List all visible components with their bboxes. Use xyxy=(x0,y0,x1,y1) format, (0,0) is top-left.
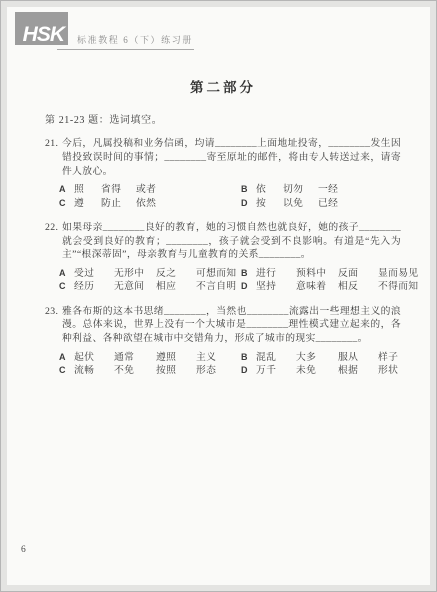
hsk-logo: HSK xyxy=(15,12,68,45)
option-word: 遵 xyxy=(74,197,101,210)
question-23: 23. 雅各布斯的这本书思绪________，当然也________流露出一些理… xyxy=(45,305,401,378)
question-number: 22. xyxy=(45,221,62,262)
option-21-A: A 照 省得 或者 xyxy=(59,183,241,196)
option-word: 主义 xyxy=(196,351,216,364)
option-word: 意味着 xyxy=(296,280,338,293)
option-word: 万千 xyxy=(256,364,296,377)
option-label: B xyxy=(241,351,256,364)
hsk-logo-text: HSK xyxy=(23,24,64,45)
option-word: 相应 xyxy=(156,280,196,293)
option-word: 形状 xyxy=(378,364,398,377)
option-label: A xyxy=(59,267,74,280)
option-word: 坚持 xyxy=(256,280,296,293)
option-word: 或者 xyxy=(136,183,156,196)
option-23-D: D 万千 未免 根据 形状 xyxy=(241,364,401,377)
option-23-C: C 流畅 不免 按照 形态 xyxy=(59,364,241,377)
option-label: C xyxy=(59,280,74,293)
option-word: 省得 xyxy=(101,183,136,196)
page-content: 第二部分 第 21-23 题：选词填空。 21. 今后，凡属投稿和业务信函，均请… xyxy=(45,66,401,377)
option-word: 根据 xyxy=(338,364,378,377)
option-label: D xyxy=(241,280,256,293)
question-body: 雅各布斯的这本书思绪________，当然也________流露出一些理想主义的… xyxy=(62,305,401,346)
option-word: 按照 xyxy=(156,364,196,377)
header-rule xyxy=(57,49,194,50)
option-word: 不言自明 xyxy=(196,280,236,293)
option-word: 起伏 xyxy=(74,351,114,364)
option-21-B: B 依 切勿 一经 xyxy=(241,183,401,196)
option-word: 依 xyxy=(256,183,283,196)
option-word: 通常 xyxy=(114,351,156,364)
option-word: 按 xyxy=(256,197,283,210)
option-word: 不免 xyxy=(114,364,156,377)
option-22-C: C 经历 无意间 相应 不言自明 xyxy=(59,280,241,293)
question-23-text: 23. 雅各布斯的这本书思绪________，当然也________流露出一些理… xyxy=(45,305,401,346)
option-label: D xyxy=(241,364,256,377)
question-23-options: A 起伏 通常 遵照 主义 B 混乱 大多 服从 样子 C 流畅 不免 xyxy=(59,351,401,377)
option-word: 混乱 xyxy=(256,351,296,364)
option-word: 遵照 xyxy=(156,351,196,364)
question-number: 21. xyxy=(45,137,62,178)
option-word: 可想而知 xyxy=(196,267,236,280)
option-label: B xyxy=(241,183,256,196)
option-22-D: D 坚持 意味着 相反 不得而知 xyxy=(241,280,418,293)
question-22-options: A 受过 无形中 反之 可想而知 B 进行 预料中 反面 显而易见 C 经历 无… xyxy=(59,267,401,293)
option-label: C xyxy=(59,364,74,377)
option-word: 以免 xyxy=(283,197,318,210)
option-word: 不得而知 xyxy=(378,280,418,293)
option-word: 反面 xyxy=(338,267,378,280)
option-word: 无意间 xyxy=(114,280,156,293)
option-label: A xyxy=(59,351,74,364)
option-word: 无形中 xyxy=(114,267,156,280)
option-word: 防止 xyxy=(101,197,136,210)
question-22: 22. 如果母亲________良好的教育，她的习惯自然也就良好，她的孩子___… xyxy=(45,221,401,294)
option-word: 依然 xyxy=(136,197,156,210)
question-22-text: 22. 如果母亲________良好的教育，她的习惯自然也就良好，她的孩子___… xyxy=(45,221,401,262)
option-word: 显而易见 xyxy=(378,267,418,280)
option-word: 反之 xyxy=(156,267,196,280)
option-word: 照 xyxy=(74,183,101,196)
option-label: B xyxy=(241,267,256,280)
option-word: 未免 xyxy=(296,364,338,377)
instructions: 第 21-23 题：选词填空。 xyxy=(45,111,401,126)
option-word: 形态 xyxy=(196,364,216,377)
option-word: 已经 xyxy=(318,197,338,210)
option-word: 进行 xyxy=(256,267,296,280)
option-label: C xyxy=(59,197,74,210)
option-word: 一经 xyxy=(318,183,338,196)
option-word: 相反 xyxy=(338,280,378,293)
option-21-D: D 按 以免 已经 xyxy=(241,197,401,210)
option-23-A: A 起伏 通常 遵照 主义 xyxy=(59,351,241,364)
option-word: 预料中 xyxy=(296,267,338,280)
option-word: 受过 xyxy=(74,267,114,280)
option-22-A: A 受过 无形中 反之 可想而知 xyxy=(59,267,241,280)
question-number: 23. xyxy=(45,305,62,346)
page-number: 6 xyxy=(21,545,26,555)
option-23-B: B 混乱 大多 服从 样子 xyxy=(241,351,401,364)
option-word: 样子 xyxy=(378,351,398,364)
question-21-text: 21. 今后，凡属投稿和业务信函，均请________上面地址投寄，______… xyxy=(45,137,401,178)
option-word: 大多 xyxy=(296,351,338,364)
question-21: 21. 今后，凡属投稿和业务信函，均请________上面地址投寄，______… xyxy=(45,137,401,210)
option-label: D xyxy=(241,197,256,210)
question-body: 如果母亲________良好的教育，她的习惯自然也就良好，她的孩子_______… xyxy=(62,221,401,262)
option-21-C: C 遵 防止 依然 xyxy=(59,197,241,210)
option-word: 切勿 xyxy=(283,183,318,196)
option-word: 经历 xyxy=(74,280,114,293)
option-22-B: B 进行 预料中 反面 显而易见 xyxy=(241,267,418,280)
option-word: 流畅 xyxy=(74,364,114,377)
option-word: 服从 xyxy=(338,351,378,364)
question-body: 今后，凡属投稿和业务信函，均请________上面地址投寄，________发生… xyxy=(62,137,401,178)
option-label: A xyxy=(59,183,74,196)
question-21-options: A 照 省得 或者 B 依 切勿 一经 C 遵 防止 依然 xyxy=(59,183,401,209)
book-title: 标准教程 6（下）练习册 xyxy=(77,33,193,46)
section-title: 第二部分 xyxy=(45,76,401,96)
workbook-page: HSK 标准教程 6（下）练习册 第二部分 第 21-23 题：选词填空。 21… xyxy=(0,0,437,592)
